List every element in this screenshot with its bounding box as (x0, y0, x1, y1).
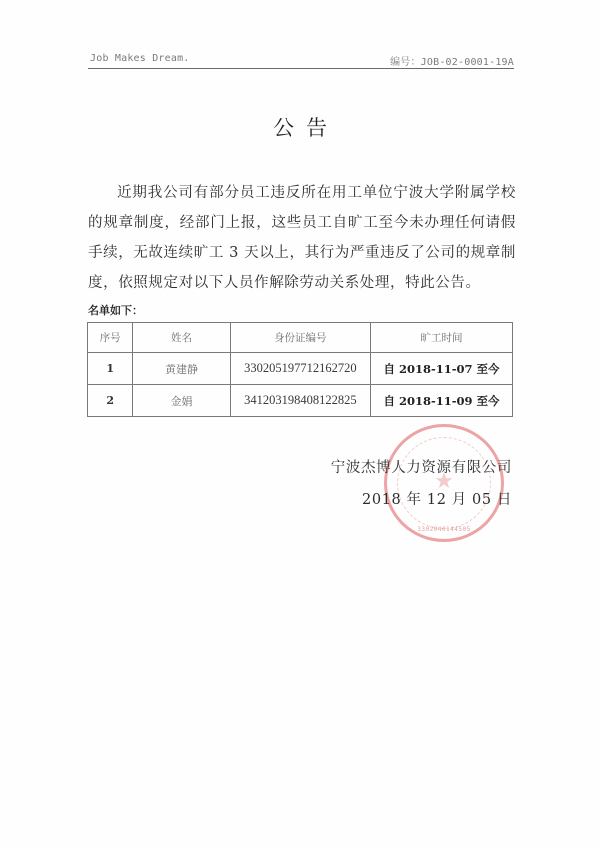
row-name: 金娟 (133, 385, 230, 417)
seal-number: 3302040144505 (387, 526, 501, 533)
announcement-paragraph: 近期我公司有部分员工违反所在用工单位宁波大学附属学校的规章制度，经部门上报，这些… (88, 178, 516, 298)
column-header-index: 序号 (88, 323, 133, 353)
table-row: 2 金娟 341203198408122825 自 2018-11-09 至今 (88, 385, 513, 417)
row-id-number: 341203198408122825 (230, 385, 370, 417)
row-index: 1 (88, 353, 133, 385)
row-absence-period: 自 2018-11-07 至今 (371, 353, 513, 385)
header-slogan: Job Makes Dream. (90, 53, 190, 64)
column-header-absence-period: 旷工时间 (371, 323, 513, 353)
document-header: Job Makes Dream. 编号：JOB-02-0001-19A (88, 50, 514, 69)
row-name: 黄建静 (133, 353, 230, 385)
signature-block: 宁波杰博人力资源有限公司 2018 年 12 月 05 日 (331, 452, 512, 516)
announcement-body: 近期我公司有部分员工违反所在用工单位宁波大学附属学校的规章制度，经部门上报，这些… (88, 178, 516, 298)
table-header-row: 序号 姓名 身份证编号 旷工时间 (88, 323, 513, 353)
list-label: 名单如下： (88, 302, 143, 318)
signature-date: 2018 年 12 月 05 日 (331, 484, 512, 516)
row-index: 2 (88, 385, 133, 417)
dismissal-table: 序号 姓名 身份证编号 旷工时间 1 黄建静 33020519771216272… (87, 322, 513, 417)
document-code: 编号：JOB-02-0001-19A (390, 53, 514, 68)
column-header-id-number: 身份证编号 (230, 323, 370, 353)
column-header-name: 姓名 (133, 323, 230, 353)
company-name: 宁波杰博人力资源有限公司 (331, 452, 512, 484)
row-id-number: 330205197712162720 (230, 353, 370, 385)
table-row: 1 黄建静 330205197712162720 自 2018-11-07 至今 (88, 353, 513, 385)
row-absence-period: 自 2018-11-09 至今 (371, 385, 513, 417)
page-title: 公告 (0, 112, 600, 142)
document-page: Job Makes Dream. 编号：JOB-02-0001-19A 公告 近… (0, 0, 600, 848)
